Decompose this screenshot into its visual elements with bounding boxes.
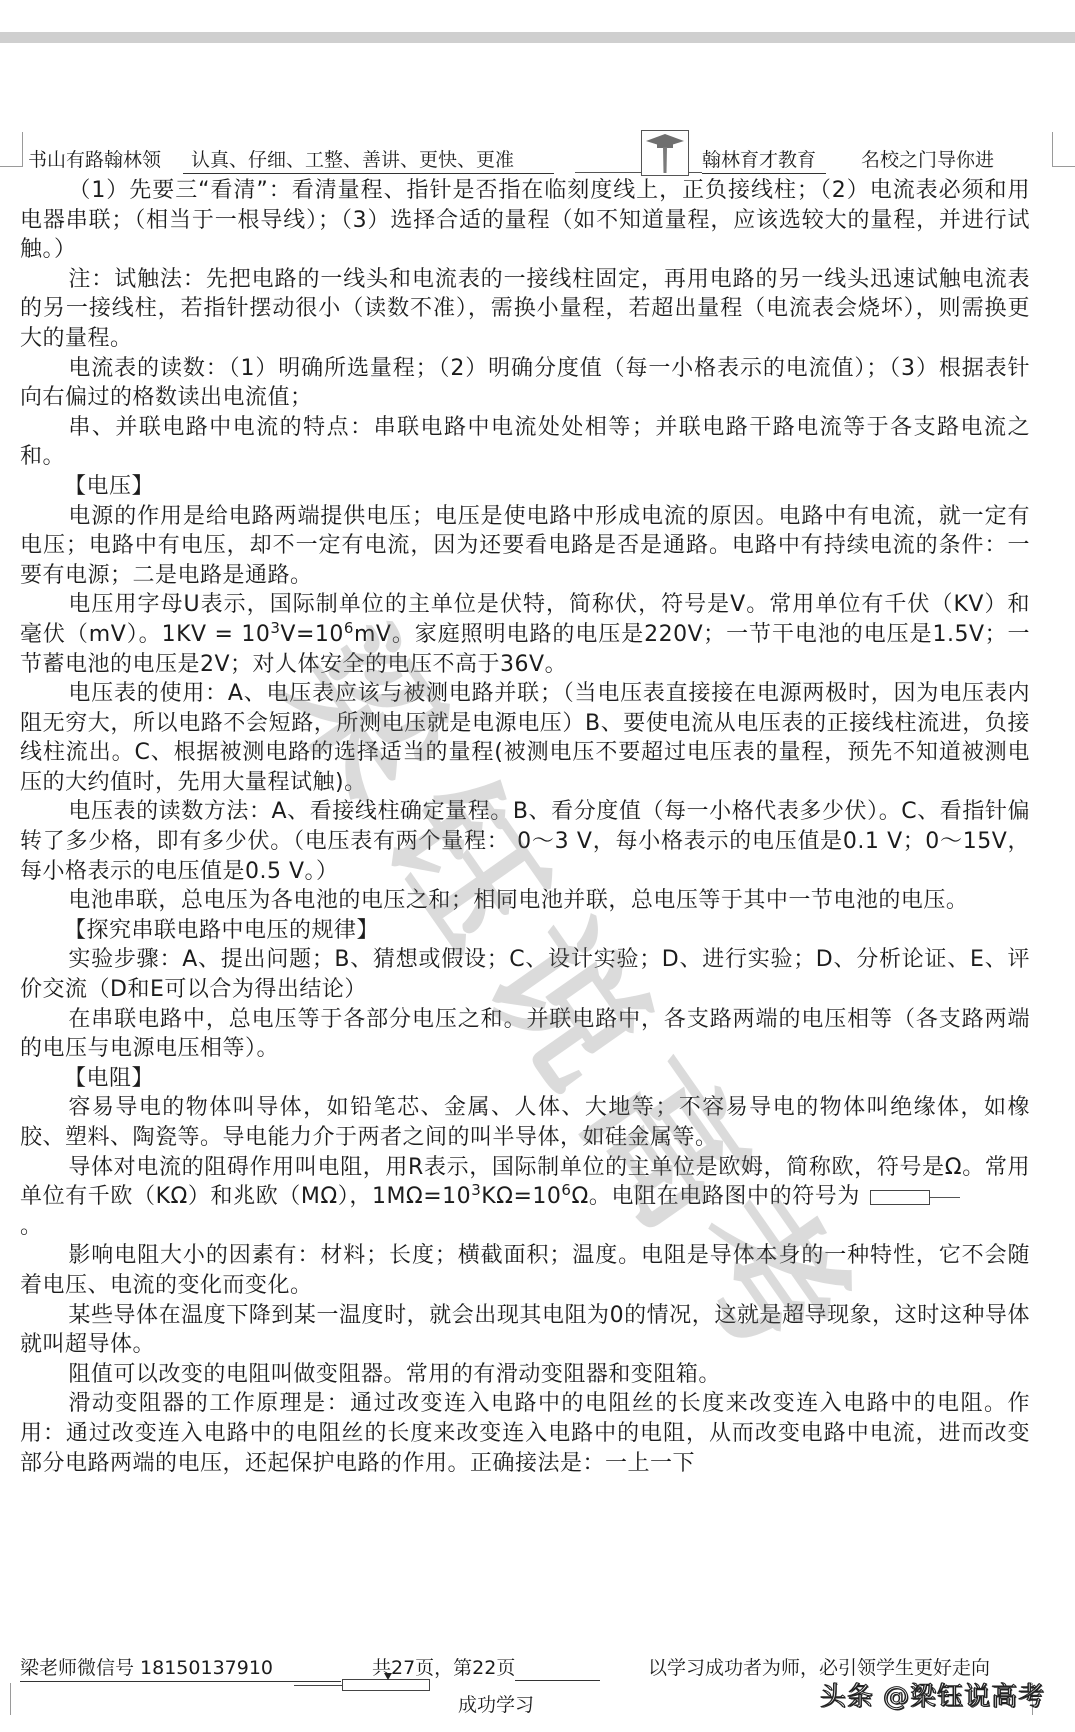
crop-mark-top-right	[1052, 132, 1075, 167]
page-count-text: 共27页，第22页	[372, 1657, 515, 1679]
superscript: 3	[270, 619, 280, 637]
paragraph: 电池串联，总电压为各电池的电压之和；相同电池并联，总电压等于其中一节电池的电压。	[20, 886, 1030, 916]
header-brand: 翰林育才教育	[702, 147, 826, 174]
paragraph: 某些导体在温度下降到某一温度时，就会出现其电阻为0的情况，这就是超导现象，这时这…	[20, 1301, 1030, 1360]
superscript: 6	[561, 1181, 571, 1199]
paragraph: 电压用字母U表示，国际制单位的主单位是伏特，简称伏，符号是V。常用单位有千伏（K…	[20, 590, 1030, 679]
superscript: 3	[471, 1181, 481, 1199]
paragraph: 注：试触法：先把电路的一线头和电流表的一接线柱固定，再用电路的另一线头迅速试触电…	[20, 265, 1030, 354]
section-heading-resistance: 【电阻】	[20, 1064, 1030, 1094]
paragraph: 容易导电的物体叫导体，如铅笔芯、金属、人体、大地等；不容易导电的物体叫绝缘体，如…	[20, 1093, 1030, 1152]
text-run: Ω。电阻在电路图中的符号为	[571, 1184, 860, 1209]
header-rule	[687, 172, 702, 173]
crop-mark-top-left	[0, 132, 23, 167]
paragraph: 导体对电流的阻碍作用叫电阻，用R表示，国际制单位的主单位是欧姆，简称欧，符号是Ω…	[20, 1153, 1030, 1242]
paragraph: 影响电阻大小的因素有：材料；长度；横截面积；温度。电阻是导体本身的一种特性，它不…	[20, 1241, 1030, 1300]
footer-rule	[294, 1685, 342, 1686]
header-slogan: 名校之门导你进	[861, 147, 994, 173]
footer-slogan: 以学习成功者为师，必引领学生更好走向	[648, 1655, 990, 1681]
header-left-text: 书山有路翰林领	[28, 147, 161, 173]
text-run: 。	[20, 1214, 43, 1239]
header-rule	[575, 172, 641, 173]
paragraph: 在串联电路中，总电压等于各部分电压之和。并联电路中，各支路两端的电压相等（各支路…	[20, 1005, 1030, 1064]
paragraph: 电压表的读数方法：A、看接线柱确定量程。B、看分度值（每一小格代表多少伏）。C、…	[20, 797, 1030, 886]
document-body: （1）先要三“看清”：看清量程、指针是否指在临刻度线上，正负接线柱；（2）电流表…	[20, 176, 1030, 1478]
paragraph: 电流表的读数：（1）明确所选量程；（2）明确分度值（每一小格表示的电流值）；（3…	[20, 354, 1030, 413]
crop-mark-bottom-left	[0, 1683, 11, 1715]
footer-rule	[515, 1660, 600, 1681]
section-heading-voltage: 【电压】	[20, 472, 1030, 502]
text-run: V=10	[280, 622, 343, 647]
superscript: 6	[344, 619, 354, 637]
text-run: KΩ=10	[481, 1184, 561, 1209]
resistor-symbol-icon	[860, 1187, 970, 1207]
footer-page-count: 共27页，第22页	[372, 1655, 600, 1681]
paragraph: 电源的作用是给电路两端提供电压；电压是使电路中形成电流的原因。电路中有电流，就一…	[20, 502, 1030, 591]
graduation-cap-icon	[641, 130, 689, 176]
paragraph: 串、并联电路中电流的特点：串联电路中电流处处相等；并联电路干路电流等于各支路电流…	[20, 413, 1030, 472]
paragraph: 电压表的使用：A、电压表应该与被测电路并联；（当电压表直接接在电源两极时，因为电…	[20, 679, 1030, 797]
page-header: 书山有路翰林领 认真、仔细、工整、善讲、更快、更准 翰林育才教育 名校之门导你进	[28, 147, 1028, 173]
paragraph: 滑动变阻器的工作原理是：通过改变连入电路中的电阻丝的长度来改变连入电路中的电阻。…	[20, 1389, 1030, 1478]
footer-wechat: 梁老师微信号 18150137910	[20, 1655, 341, 1682]
footer-box	[342, 1679, 430, 1691]
paragraph: （1）先要三“看清”：看清量程、指针是否指在临刻度线上，正负接线柱；（2）电流表…	[20, 176, 1030, 265]
paragraph: 阻值可以改变的电阻叫做变阻器。常用的有滑动变阻器和变阻箱。	[20, 1360, 1030, 1390]
arrow-down-icon	[384, 1673, 392, 1680]
section-heading-series-voltage: 【探究串联电路中电压的规律】	[20, 916, 1030, 946]
paragraph: 实验步骤：A、提出问题；B、猜想或假设；C、设计实验；D、进行实验；D、分析论证…	[20, 945, 1030, 1004]
source-credit: 头条 @梁钰说高考	[820, 1680, 1045, 1714]
header-motto: 认真、仔细、工整、善讲、更快、更准	[183, 147, 554, 174]
top-scroll-bar	[0, 32, 1075, 43]
footer-slogan-line2: 成功学习	[458, 1692, 534, 1718]
page-footer: 梁老师微信号 18150137910 共27页，第22页 以学习成功者为师，必引…	[20, 1655, 1030, 1683]
